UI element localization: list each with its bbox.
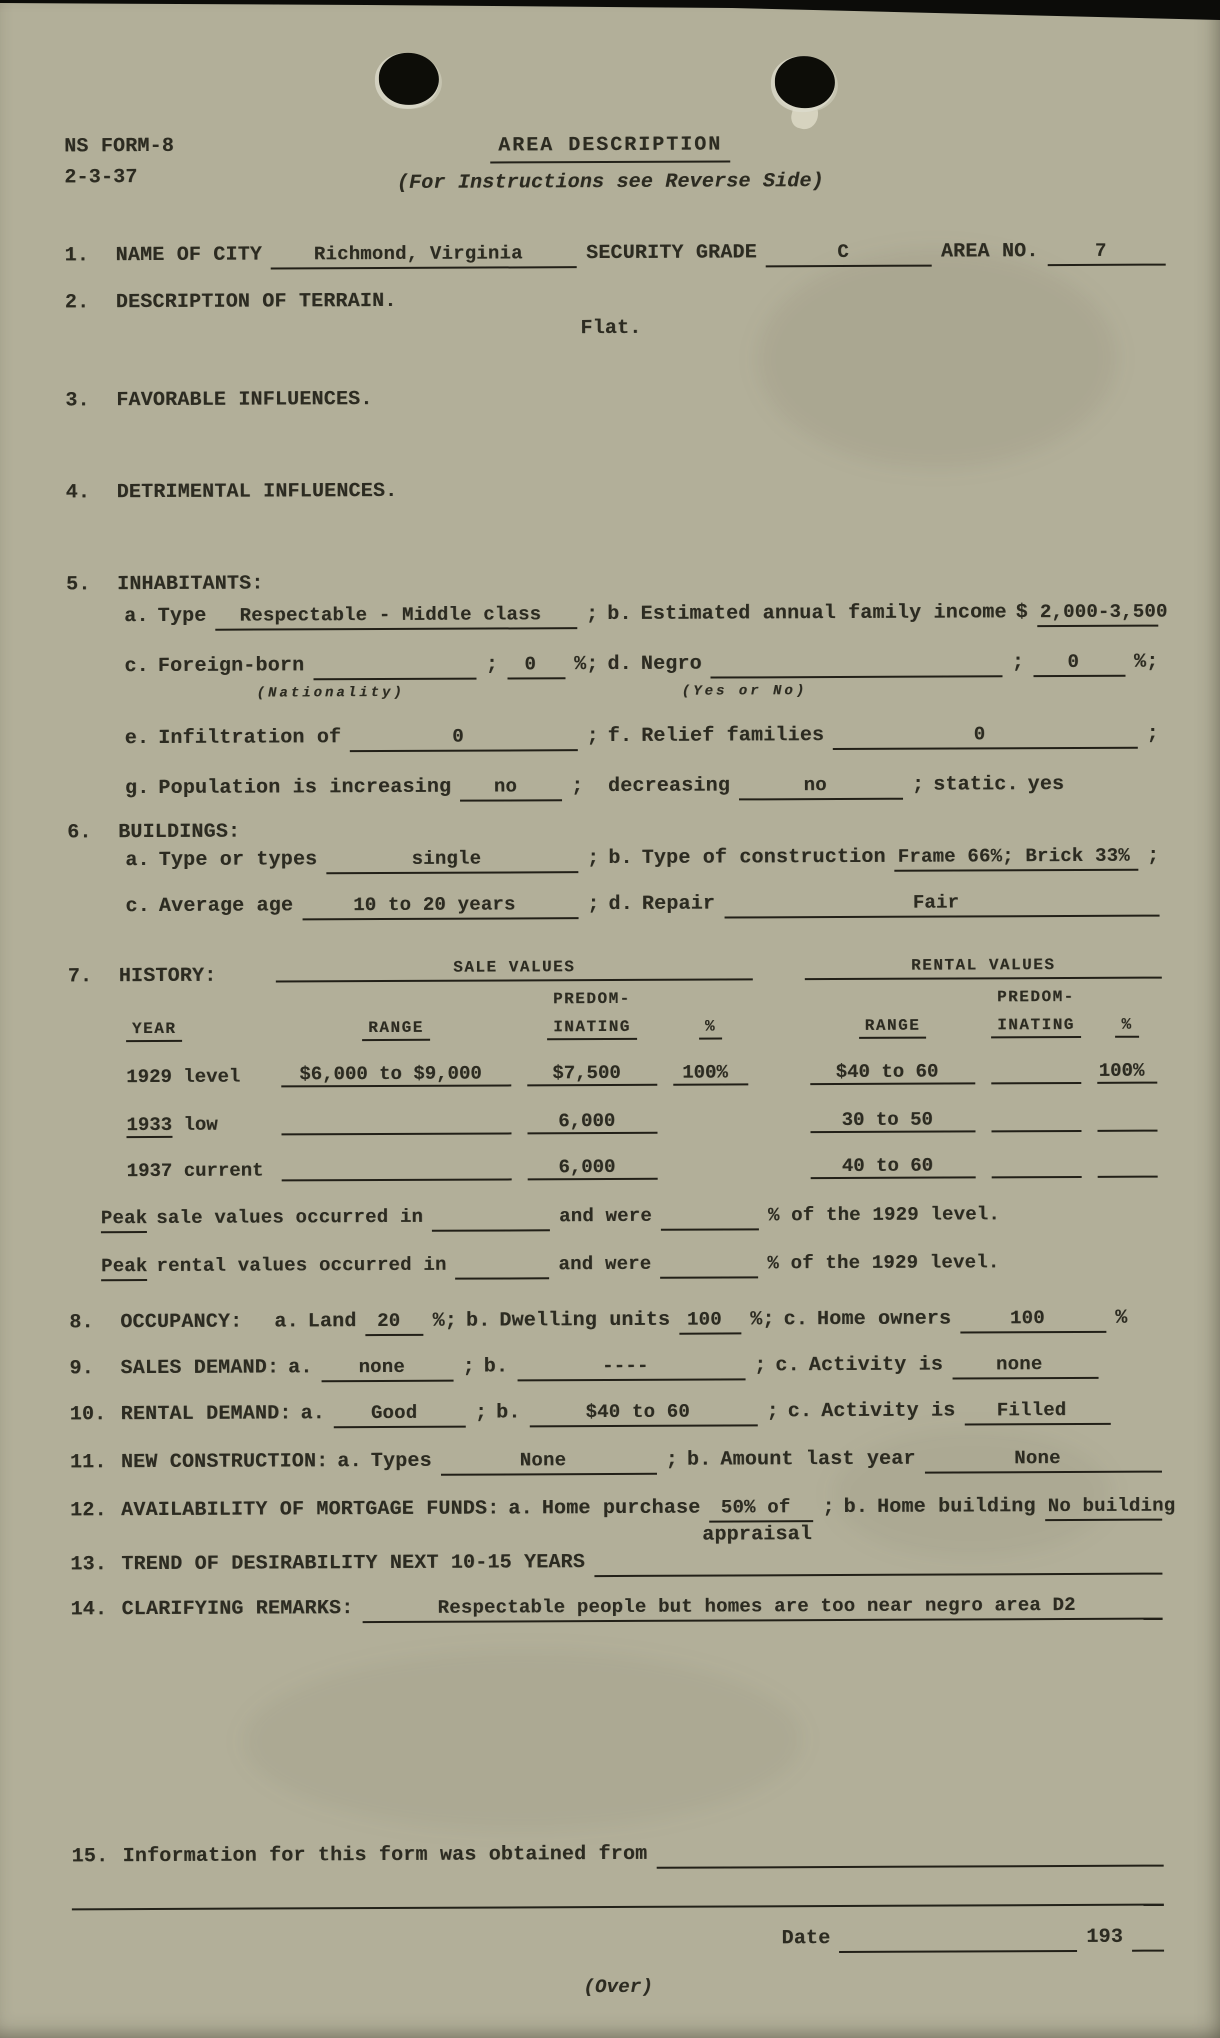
semicolon: ; [666, 1448, 678, 1474]
favorable-label: FAVORABLE INFLUENCES. [116, 387, 372, 414]
item-number: 9. [69, 1356, 111, 1382]
rent-predom-cell [991, 1060, 1081, 1084]
date-line: Date 193 [72, 1924, 1164, 1957]
construction-label: Type of construction [642, 845, 886, 872]
population-decreasing: decreasing no ; static. yes [608, 771, 1159, 801]
peak-rental-text: rental values occurred in [156, 1252, 446, 1279]
income-label: Estimated annual family income [641, 600, 1007, 628]
sub-letter: a. [300, 1401, 325, 1427]
decreasing-label: decreasing [608, 773, 730, 800]
land-label: Land [308, 1309, 357, 1335]
year-value-blank [1132, 1924, 1164, 1952]
trend-label: TREND OF DESIRABILITY NEXT 10-15 YEARS [121, 1550, 585, 1578]
sub-letter: d. [607, 652, 632, 678]
terrain-value: Flat. [580, 316, 641, 342]
remarks-value: Respectable people but homes are too nea… [362, 1592, 1162, 1623]
city-label: NAME OF CITY [116, 243, 263, 270]
item-number: 14. [71, 1597, 113, 1623]
semicolon: ; [754, 1353, 766, 1379]
sub-letter: b. [484, 1354, 509, 1380]
predom-label: PREDOM- [986, 988, 1086, 1006]
activity-label: Activity is [821, 1398, 955, 1425]
item-number: 3. [65, 388, 107, 414]
peak-rental-line: Peak rental values occurred in and were … [69, 1249, 1161, 1282]
rental-demand-label: RENTAL DEMAND: [121, 1401, 292, 1428]
inhabitants-relief: f. Relief families 0 ; [608, 721, 1159, 751]
activity-value: none [952, 1351, 1098, 1380]
sub-letter: a. [124, 604, 149, 630]
infiltration-label: Infiltration of [158, 725, 341, 752]
peak-sale-pct-blank [661, 1202, 759, 1230]
buildings-repair: d. Repair Fair [608, 889, 1159, 919]
scanned-form-page: NS FORM-8 2-3-37 AREA DESCRIPTION (For I… [0, 0, 1220, 2038]
field-clarifying-remarks: 14. CLARIFYING REMARKS: Respectable peop… [71, 1592, 1163, 1625]
sub-letter: c. [775, 1353, 800, 1379]
inhabitants-negro: d. Negro ; 0 %; [607, 649, 1158, 679]
sub-letter: a. [125, 848, 150, 874]
semicolon: ; [912, 773, 924, 799]
paper-content: NS FORM-8 2-3-37 AREA DESCRIPTION (For I… [0, 0, 1220, 2038]
year-cell: 1937 current [101, 1159, 271, 1182]
field-favorable-influences: 3. FAVORABLE INFLUENCES. [65, 384, 1157, 415]
item-number: 11. [70, 1450, 112, 1476]
city-value: Richmond, Virginia [271, 240, 577, 269]
peak-sale-text3: % of the 1929 level. [768, 1201, 1000, 1228]
section-inhabitants: 5. INHABITANTS: [66, 568, 1158, 599]
sub-letter: b. [608, 846, 633, 872]
population-increasing: g. Population is increasing no ; [67, 773, 599, 803]
rent-pct-cell: 100% [1097, 1060, 1157, 1084]
foreign-born-nationality-value [313, 652, 477, 681]
inhabitants-type: a. Type Respectable - Middle class ; [66, 601, 598, 631]
rental-demand-b-value: $40 to 60 [530, 1398, 758, 1427]
home-purchase-value: 50% of [709, 1494, 813, 1522]
home-owners-value: 100 [960, 1305, 1106, 1334]
semicolon: ; [1147, 722, 1159, 748]
history-row-1929: 1929 level $6,000 to $9,000 $7,500 100% … [100, 1060, 1165, 1089]
percent-label: %; [1134, 650, 1159, 676]
peak-word: Peak [101, 1205, 148, 1233]
information-source-label: Information for this form was obtained f… [123, 1842, 648, 1870]
sub-letter: a. [337, 1449, 362, 1475]
sale-range-cell: $6,000 to $9,000 [281, 1062, 511, 1087]
history-row-1937: 1937 current 6,000 40 to 60 [101, 1154, 1166, 1183]
buildings-row-ab: a. Type or types single ; b. Type of con… [67, 843, 1159, 876]
percent-label: %; [750, 1307, 775, 1333]
population-increasing-label: Population is increasing [158, 775, 451, 802]
information-source-continuation-rule [72, 1904, 1164, 1911]
sub-letter: c. [124, 654, 149, 680]
date-value-blank [839, 1924, 1077, 1953]
home-purchase-value-continued: appraisal [702, 1522, 812, 1548]
buildings-row-cd: c. Average age 10 to 20 years ; d. Repai… [67, 889, 1159, 922]
sub-letter: a. [508, 1496, 533, 1522]
rent-pct-cell [1098, 1154, 1158, 1178]
sub-letter: g. [125, 776, 150, 802]
item-number: 13. [70, 1552, 112, 1578]
sale-predom-cell: 6,000 [527, 1110, 657, 1135]
rent-predom-cell [992, 1154, 1082, 1178]
sale-predom-cell: $7,500 [527, 1062, 657, 1087]
income-value: 2,000-3,500 [1037, 599, 1158, 628]
infiltration-value: 0 [350, 723, 577, 752]
field-sales-demand: 9. SALES DEMAND: a. none ; b. ---- ; c. … [69, 1351, 1161, 1384]
information-source-blank [656, 1839, 1163, 1869]
dwelling-units-label: Dwelling units [499, 1308, 670, 1335]
amount-last-year-label: Amount last year [720, 1447, 915, 1474]
rental-demand-a-value: Good [334, 1400, 466, 1429]
inhabitants-income: b. Estimated annual family income $ 2,00… [607, 599, 1158, 629]
negro-yesno-value [711, 649, 1003, 678]
type-or-types-label: Type or types [159, 847, 318, 874]
security-grade-value: C [766, 239, 932, 268]
peak-rental-year-blank [455, 1251, 549, 1279]
trend-value-blank [594, 1547, 1162, 1577]
bleed-stain [757, 248, 1118, 470]
types-label: Types [371, 1449, 432, 1475]
detrimental-label: DETRIMENTAL INFLUENCES. [117, 479, 398, 506]
year-cell: 1933 low [100, 1113, 270, 1136]
terrain-answer-line: Flat. [65, 314, 1157, 345]
static-value: yes [1028, 772, 1065, 798]
activity-label: Activity is [809, 1353, 943, 1380]
sale-range-header: RANGE [276, 1018, 516, 1041]
over-label: (Over) [583, 1974, 653, 2000]
relief-value: 0 [833, 721, 1137, 750]
subtitle-line: (For Instructions see Reverse Side) [64, 168, 1156, 199]
buildings-type: a. Type or types single ; [67, 845, 599, 875]
rent-inating-header: INATING [986, 1016, 1086, 1038]
item-number: 8. [69, 1310, 111, 1336]
page-title: AREA DESCRIPTION [490, 132, 730, 163]
peak-sale-text2: and were [559, 1203, 652, 1229]
activity-value: Filled [964, 1397, 1110, 1426]
foreign-born-label: Foreign-born [158, 653, 305, 680]
peak-sale-year-blank [432, 1203, 550, 1232]
field-name-of-city: 1. NAME OF CITY Richmond, Virginia SECUR… [65, 238, 1157, 271]
buildings-age: c. Average age 10 to 20 years ; [67, 891, 599, 921]
sub-letter: b. [496, 1400, 521, 1426]
semicolon: ; [767, 1399, 779, 1425]
inhabitants-infiltration: e. Infiltration of 0 ; [67, 723, 599, 753]
sub-letter: b. [844, 1495, 869, 1521]
types-value: None [441, 1447, 657, 1476]
field-terrain: 2. DESCRIPTION OF TERRAIN. [65, 286, 1157, 317]
area-no-value: 7 [1047, 238, 1165, 267]
land-value: 20 [366, 1308, 424, 1336]
population-increasing-value: no [460, 773, 562, 801]
inhabitants-label: INHABITANTS: [117, 572, 264, 599]
item-number: 5. [66, 572, 108, 598]
sub-letter: a. [274, 1309, 299, 1335]
page-subtitle: (For Instructions see Reverse Side) [397, 169, 824, 197]
bleed-stain [243, 1649, 804, 1831]
inhabitants-row-ab: a. Type Respectable - Middle class ; b. … [66, 599, 1158, 632]
year-cell: 1929 level [100, 1065, 270, 1088]
field-occupancy: 8. OCCUPANCY: a. Land 20 %; b. Dwelling … [69, 1305, 1161, 1338]
foreign-born-pct-value: 0 [507, 651, 565, 679]
history-row-1933: 1933 low 6,000 30 to 50 [100, 1108, 1165, 1137]
date-label: Date [782, 1926, 831, 1952]
semicolon: ; [587, 892, 599, 918]
sale-pct-header: % [668, 1017, 753, 1039]
sale-range-cell [281, 1110, 511, 1135]
rent-pct-header: % [1092, 1016, 1162, 1038]
sale-values-header: SALE VALUES [276, 957, 753, 982]
rent-range-cell: 40 to 60 [811, 1154, 976, 1179]
relief-label: Relief families [641, 723, 824, 750]
average-age-label: Average age [159, 893, 293, 920]
peak-rental-text3: % of the 1929 level. [767, 1249, 999, 1276]
home-purchase-label: Home purchase [542, 1496, 701, 1523]
inhabitants-row-ef: e. Infiltration of 0 ; f. Relief familie… [67, 721, 1159, 754]
percent-label: %; [574, 652, 599, 678]
type-or-types-value: single [326, 845, 578, 874]
peak-sale-text: sale values occurred in [156, 1204, 423, 1231]
year-prefix: 193 [1086, 1925, 1123, 1951]
rent-range-cell: 30 to 50 [810, 1108, 975, 1133]
yes-or-no-note: (Yes or No) [682, 678, 808, 705]
area-no-label: AREA NO. [941, 239, 1039, 265]
field-new-construction: 11. NEW CONSTRUCTION: a. Types None ; b.… [70, 1445, 1162, 1478]
title-line: AREA DESCRIPTION [64, 131, 1156, 166]
sub-letter: b. [607, 602, 632, 628]
history-predom-row: PREDOM- PREDOM- [100, 988, 1165, 1011]
predom-label: PREDOM- [522, 990, 662, 1009]
punch-hole-icon [379, 53, 439, 105]
sub-letter: d. [608, 892, 633, 918]
rent-pct-cell [1097, 1108, 1157, 1132]
negro-label: Negro [641, 652, 702, 678]
average-age-value: 10 to 20 years [302, 891, 578, 920]
sale-pct-cell: 100% [673, 1061, 748, 1085]
remarks-label: CLARIFYING REMARKS: [122, 1596, 354, 1623]
percent-label: % [1115, 1306, 1127, 1332]
sub-letter: c. [788, 1399, 813, 1425]
mortgage-funds-label: AVAILABILITY OF MORTGAGE FUNDS: [121, 1496, 499, 1524]
item-number: 15. [72, 1844, 114, 1870]
sale-range-cell [282, 1156, 512, 1181]
over-line: (Over) [72, 1972, 1164, 2003]
sub-letter: c. [125, 894, 150, 920]
semicolon: ; [1012, 650, 1024, 676]
percent-label: %; [433, 1309, 458, 1335]
rental-values-header: RENTAL VALUES [805, 956, 1162, 981]
sub-letter: c. [784, 1307, 809, 1333]
semicolon: ; [486, 652, 498, 678]
home-owners-label: Home owners [817, 1307, 951, 1334]
field-information-source: 15. Information for this form was obtain… [72, 1839, 1164, 1872]
occupancy-label: OCCUPANCY: [120, 1310, 242, 1337]
dollar-sign: $ [1016, 600, 1028, 626]
buildings-label: BUILDINGS: [118, 820, 240, 847]
item-number: 6. [67, 820, 109, 846]
inhabitants-foreign-born: c. Foreign-born ; 0 %; [66, 651, 598, 681]
section-buildings: 6. BUILDINGS: [67, 816, 1159, 847]
field-rental-demand: 10. RENTAL DEMAND: a. Good ; b. $40 to 6… [70, 1397, 1162, 1430]
peak-rental-pct-blank [660, 1250, 758, 1278]
dwelling-units-value: 100 [679, 1306, 741, 1334]
amount-last-year-value: None [925, 1445, 1162, 1474]
repair-label: Repair [642, 892, 715, 918]
sales-demand-label: SALES DEMAND: [120, 1355, 279, 1382]
item-number: 4. [66, 480, 108, 506]
semicolon: ; [822, 1495, 834, 1521]
sub-letter: f. [608, 724, 633, 750]
sub-letter: b. [466, 1309, 491, 1335]
type-label: Type [158, 604, 207, 630]
static-label: static. [933, 772, 1019, 798]
semicolon: ; [463, 1355, 475, 1381]
inhabitants-notes-row: (Nationality) (Yes or No) [67, 677, 1159, 708]
semicolon: ; [475, 1401, 487, 1427]
peak-sale-line: Peak sale values occurred in and were % … [69, 1201, 1161, 1234]
history-column-headers: YEAR RANGE INATING % RANGE INATING % [100, 1016, 1165, 1043]
year-column-header: YEAR [100, 1019, 270, 1042]
peak-word: Peak [101, 1253, 148, 1281]
home-building-label: Home building [877, 1494, 1036, 1521]
rent-range-cell: $40 to 60 [810, 1060, 975, 1085]
home-building-value: No building [1045, 1493, 1163, 1522]
type-value: Respectable - Middle class [215, 601, 577, 631]
field-detrimental-influences: 4. DETRIMENTAL INFLUENCES. [66, 476, 1158, 507]
sub-letter: e. [125, 726, 150, 752]
decreasing-value: no [739, 772, 903, 801]
buildings-construction: b. Type of construction Frame 66%; Brick… [608, 843, 1159, 873]
security-grade-label: SECURITY GRADE [586, 240, 757, 267]
sale-inating-header: INATING [522, 1018, 662, 1041]
semicolon: ; [587, 846, 599, 872]
construction-value: Frame 66%; Brick 33% [895, 843, 1138, 872]
field-trend-desirability: 13. TREND OF DESIRABILITY NEXT 10-15 YEA… [70, 1547, 1162, 1580]
sales-demand-b-value: ---- [517, 1352, 745, 1381]
item-number: 2. [65, 290, 107, 316]
sales-demand-a-value: none [322, 1354, 454, 1383]
new-construction-label: NEW CONSTRUCTION: [121, 1449, 329, 1476]
semicolon: ; [1147, 844, 1159, 870]
peak-rental-text2: and were [558, 1251, 651, 1277]
item-number: 1. [65, 243, 107, 269]
nationality-note: (Nationality) [257, 680, 405, 707]
punch-hole-icon [775, 56, 835, 108]
semicolon: ; [586, 602, 598, 628]
sale-predom-cell: 6,000 [528, 1156, 658, 1181]
negro-pct-value: 0 [1033, 649, 1125, 677]
rent-range-header: RANGE [805, 1016, 980, 1039]
semicolon: ; [587, 724, 599, 750]
item-number: 12. [70, 1498, 112, 1524]
semicolon: ; [571, 774, 583, 800]
sub-letter: a. [288, 1355, 313, 1381]
repair-value: Fair [724, 889, 1159, 919]
terrain-label: DESCRIPTION OF TERRAIN. [116, 289, 397, 316]
item-number: 10. [70, 1402, 112, 1428]
sub-letter: b. [687, 1448, 712, 1474]
rent-predom-cell [991, 1108, 1081, 1132]
history-group-headers: SALE VALUES RENTAL VALUES [100, 956, 1165, 984]
inhabitants-row-g: g. Population is increasing no ; decreas… [67, 771, 1159, 804]
